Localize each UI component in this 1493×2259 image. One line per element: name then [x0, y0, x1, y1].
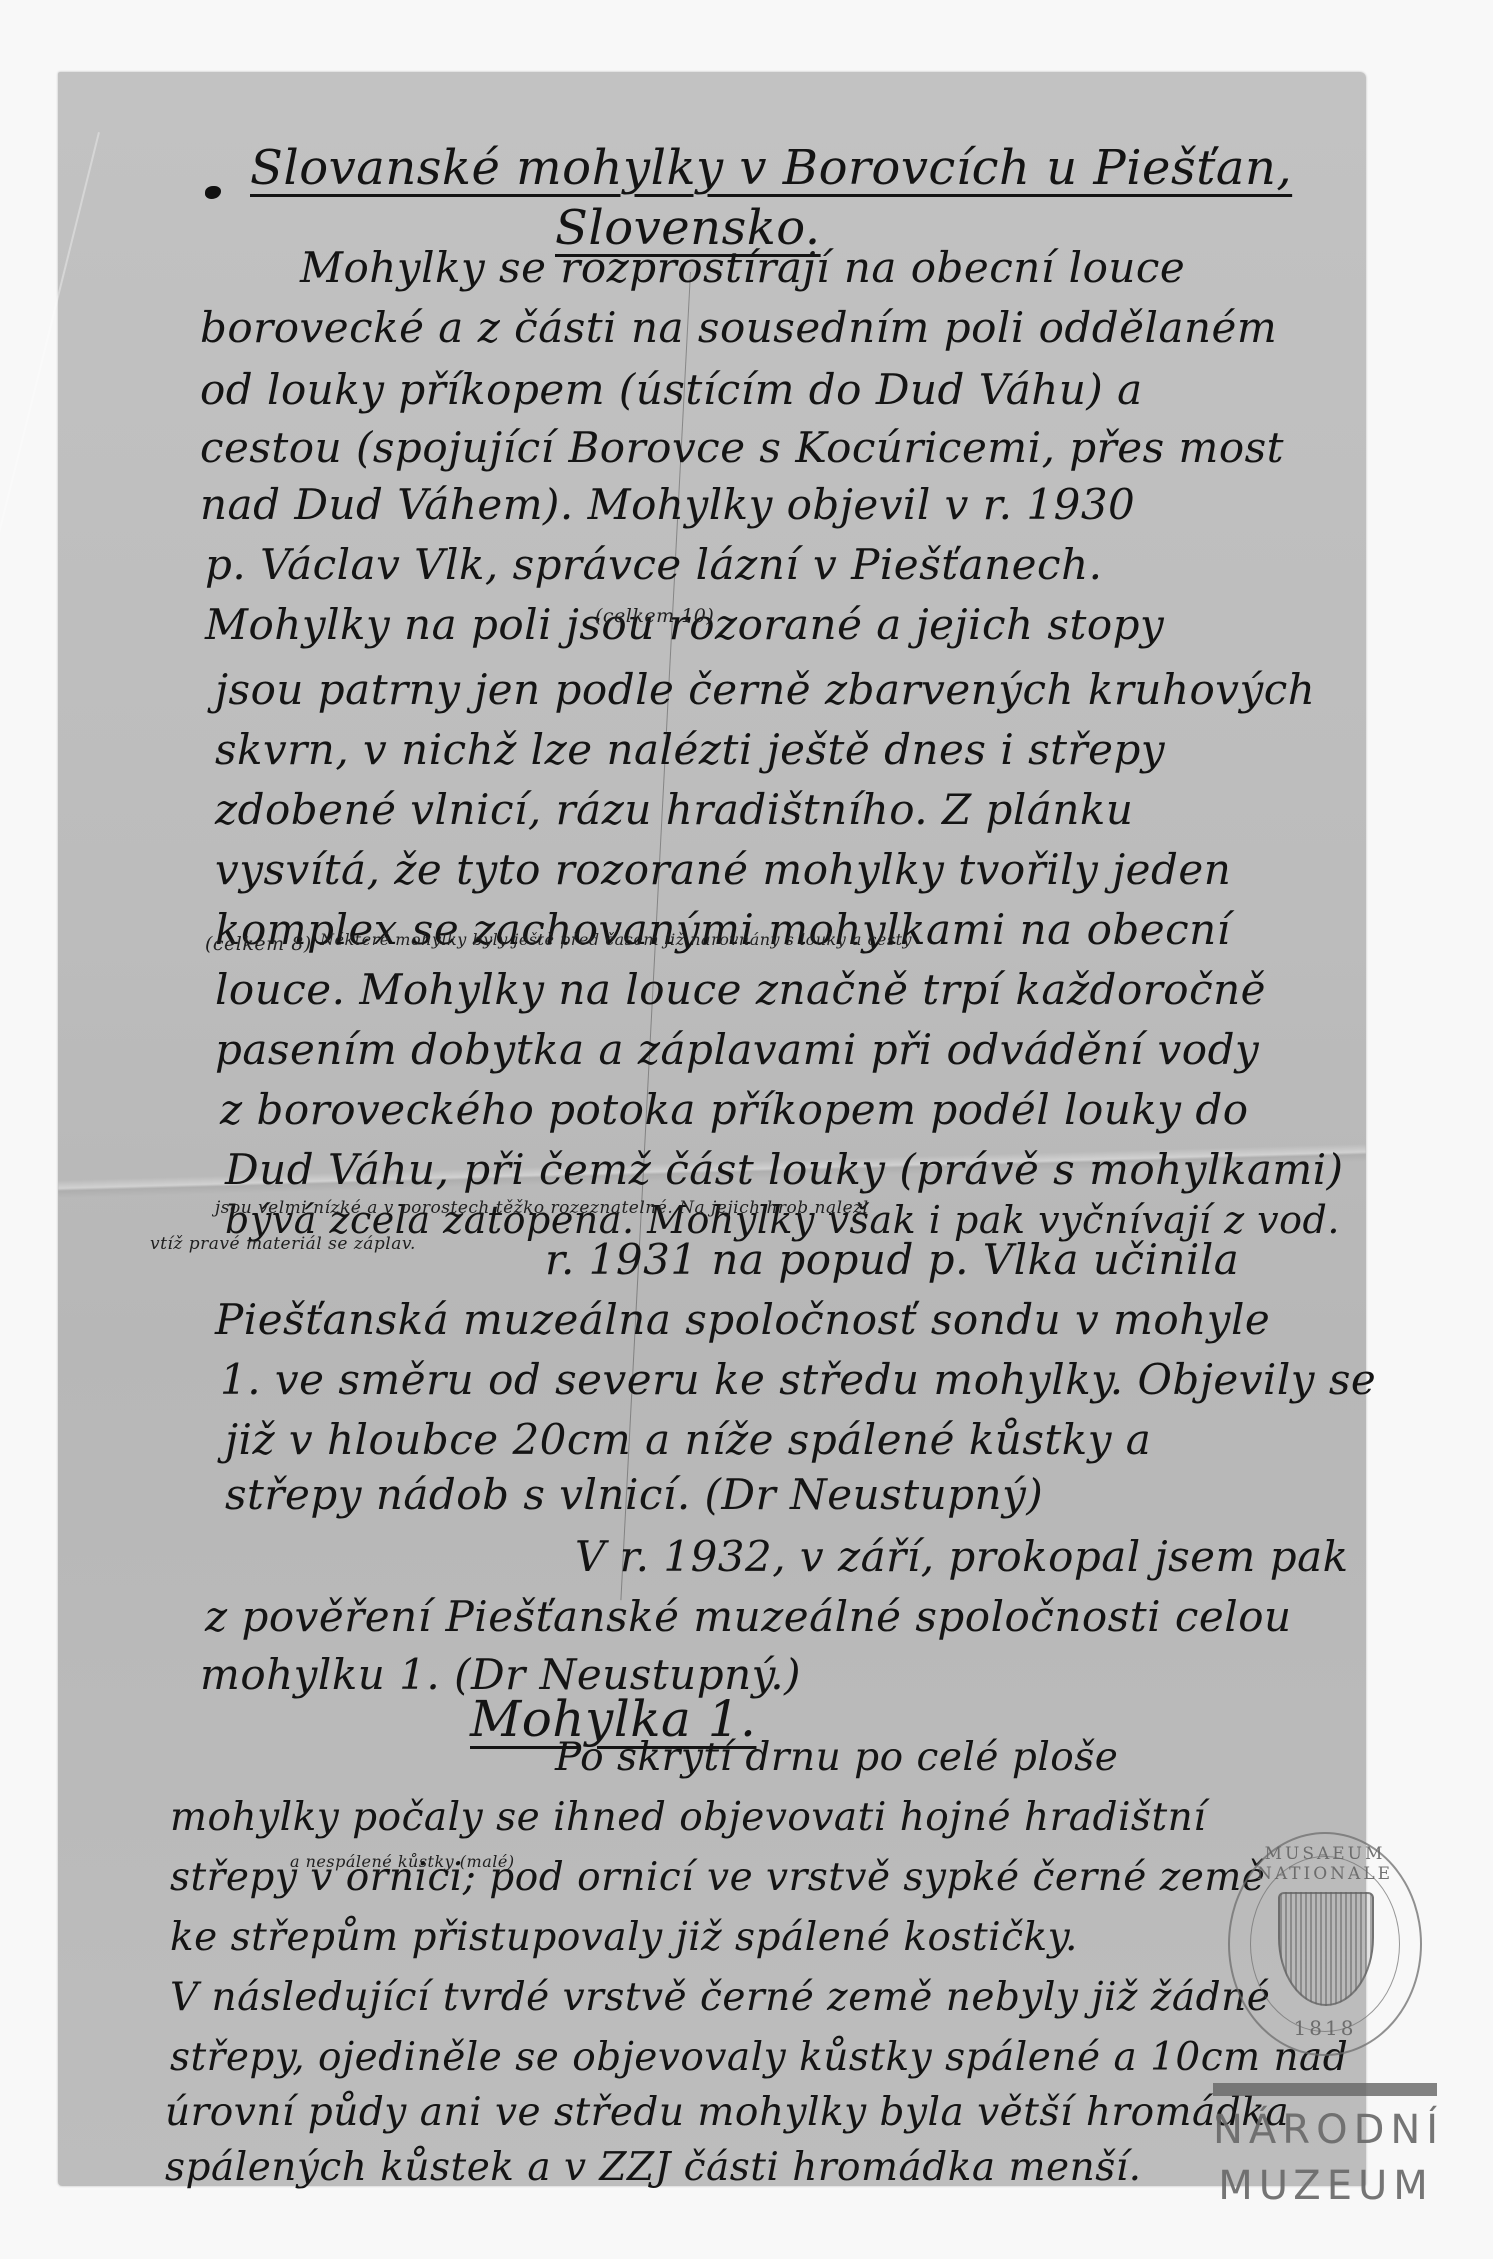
manuscript-line: p. Václav Vlk, správce lázní v Piešťanec… — [205, 540, 1102, 589]
manuscript-line: již v hloubce 20cm a níže spálené kůstky… — [225, 1415, 1151, 1464]
document-title-line-1: Slovanské mohylky v Borovcích u Piešťan, — [250, 140, 1292, 196]
seal-text: MUSAEUM NATIONALE — [1230, 1844, 1420, 1884]
manuscript-line: V r. 1932, v září, prokopal jsem pak — [575, 1532, 1349, 1581]
section-line: ke střepům přistupovaly již spálené kost… — [170, 1915, 1078, 1960]
manuscript-line: jsou patrny jen podle černě zbarvených k… — [215, 665, 1315, 714]
manuscript-line: od louky příkopem (ústícím do Dud Váhu) … — [200, 365, 1143, 414]
manuscript-line: zdobené vlnicí, rázu hradištního. Z plán… — [215, 785, 1133, 834]
manuscript-line: nad Dud Váhem). Mohylky objevil v r. 193… — [200, 480, 1135, 529]
logo-line-muzeum: MUZEUM — [1213, 2163, 1439, 2209]
seal-year: 1818 — [1230, 2016, 1420, 2040]
manuscript-line: cestou (spojující Borovce s Kocúricemi, … — [200, 423, 1284, 472]
manuscript-line: střepy nádob s vlnicí. (Dr Neustupný) — [225, 1470, 1043, 1519]
manuscript-line: r. 1931 na popud p. Vlka učinila — [545, 1235, 1239, 1284]
manuscript-line: 1. ve směru od severu ke středu mohylky.… — [220, 1355, 1376, 1404]
paper-edge-crease — [0, 132, 100, 1006]
manuscript-line: Dud Váhu, při čemž část louky (právě s m… — [225, 1145, 1344, 1194]
manuscript-line: skvrn, v nichž lze nalézti ještě dnes i … — [215, 725, 1165, 774]
note-celkem-8: (celkem 8) — [205, 933, 312, 955]
manuscript-line: Piešťanská muzeálna spoločnosť sondu v m… — [215, 1295, 1270, 1344]
manuscript-line: Mohylky se rozprostírají na obecní louce — [300, 243, 1185, 292]
manuscript-line: z pověření Piešťanské muzeálné spoločnos… — [205, 1592, 1292, 1641]
note-vod-2: vtíž pravé materiál se záplav. — [150, 1234, 416, 1254]
section-line: Po skrytí drnu po celé ploše — [555, 1735, 1118, 1780]
section-line: spálených kůstek a v ZZJ části hromádka … — [165, 2145, 1142, 2190]
section-line: střepy, ojediněle se objevovaly kůstky s… — [170, 2035, 1348, 2080]
section-line: úrovní půdy ani ve středu mohylky byla v… — [165, 2090, 1289, 2135]
manuscript-line: z boroveckého potoka příkopem podél louk… — [220, 1085, 1249, 1134]
note-vod-1: jsou velmi nízké a v porostech těžko roz… — [215, 1198, 869, 1218]
logo-bar — [1213, 2083, 1437, 2096]
manuscript-line: vysvítá, že tyto rozorané mohylky tvořil… — [215, 845, 1231, 894]
section-line: střepy v ornici; pod ornicí ve vrstvě sy… — [170, 1855, 1265, 1900]
section-line: mohylky počaly se ihned objevovati hojné… — [170, 1795, 1206, 1840]
manuscript-line: louce. Mohylky na louce značně trpí každ… — [215, 965, 1266, 1014]
note-louce: Některé mohylky byly ještě před časem ji… — [320, 930, 912, 949]
manuscript-line: pasením dobytka a záplavami při odvádění… — [215, 1025, 1259, 1074]
logo-line-narodni: NÁRODNÍ — [1213, 2107, 1439, 2153]
manuscript-line: borovecké a z části na sousedním poli od… — [200, 303, 1277, 352]
note-celkem-10: (celkem 10) — [595, 605, 714, 627]
museum-seal: MUSAEUM NATIONALE 1818 — [1228, 1832, 1422, 2056]
section-line: V následující tvrdé vrstvě černé země ne… — [170, 1975, 1270, 2020]
